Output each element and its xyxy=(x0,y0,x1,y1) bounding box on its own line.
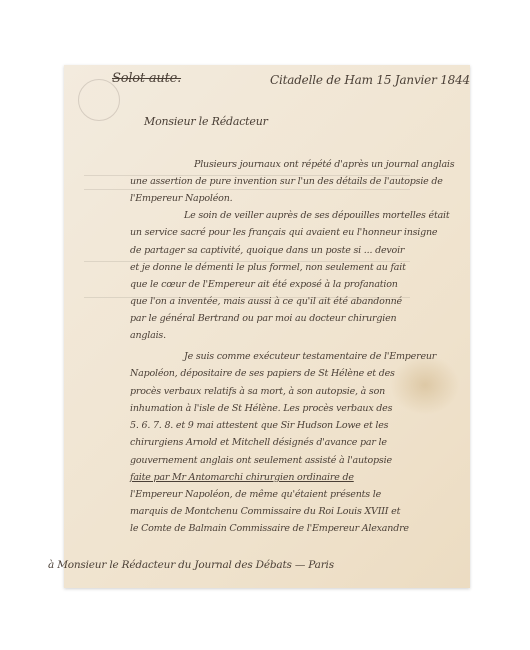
body-line: inhumation à l'isle de St Hélène. Les pr… xyxy=(130,403,392,414)
body-line: que l'on a inventée, mais aussi à ce qu'… xyxy=(130,296,402,307)
date-line: Citadelle de Ham 15 Janvier 1844 xyxy=(270,73,470,87)
body-line: 5. 6. 7. 8. et 9 mai attestent que Sir H… xyxy=(130,420,388,431)
body-line: un service sacré pour les français qui a… xyxy=(130,227,437,238)
body-line: gouvernement anglais ont seulement assis… xyxy=(130,455,392,466)
body-line: marquis de Montchenu Commissaire du Roi … xyxy=(130,506,400,517)
letter-paper: Solot aute. Citadelle de Ham 15 Janvier … xyxy=(64,65,470,588)
body-line: l'Empereur Napoléon, de même qu'étaient … xyxy=(130,489,381,500)
salutation: Monsieur le Rédacteur xyxy=(144,115,268,128)
address-line: à Monsieur le Rédacteur du Journal des D… xyxy=(48,559,334,571)
body-line: faite par Mr Antomarchi chirurgien ordin… xyxy=(130,472,354,483)
body-line: Plusieurs journaux ont répété d'après un… xyxy=(194,159,454,170)
body-line: une assertion de pure invention sur l'un… xyxy=(130,176,443,187)
body-line: et je donne le démenti le plus formel, n… xyxy=(130,262,406,273)
body-line: que le cœur de l'Empereur ait été exposé… xyxy=(130,279,398,290)
body-line: de partager sa captivité, quoique dans u… xyxy=(130,245,404,256)
body-line: le Comte de Balmain Commissaire de l'Emp… xyxy=(130,523,409,534)
header-left-note: Solot aute. xyxy=(112,71,181,86)
body-line: Le soin de veiller auprès de ses dépouil… xyxy=(184,210,450,221)
body-line: Je suis comme exécuteur testamentaire de… xyxy=(184,351,436,362)
stain xyxy=(390,355,460,415)
body-line: procès verbaux relatifs à sa mort, à son… xyxy=(130,386,385,397)
body-line: l'Empereur Napoléon. xyxy=(130,193,232,204)
body-line: anglais. xyxy=(130,330,166,341)
body-line: chirurgiens Arnold et Mitchell désignés … xyxy=(130,437,387,448)
body-line: Napoléon, dépositaire de ses papiers de … xyxy=(130,368,395,379)
body-line: par le général Bertrand ou par moi au do… xyxy=(130,313,396,324)
